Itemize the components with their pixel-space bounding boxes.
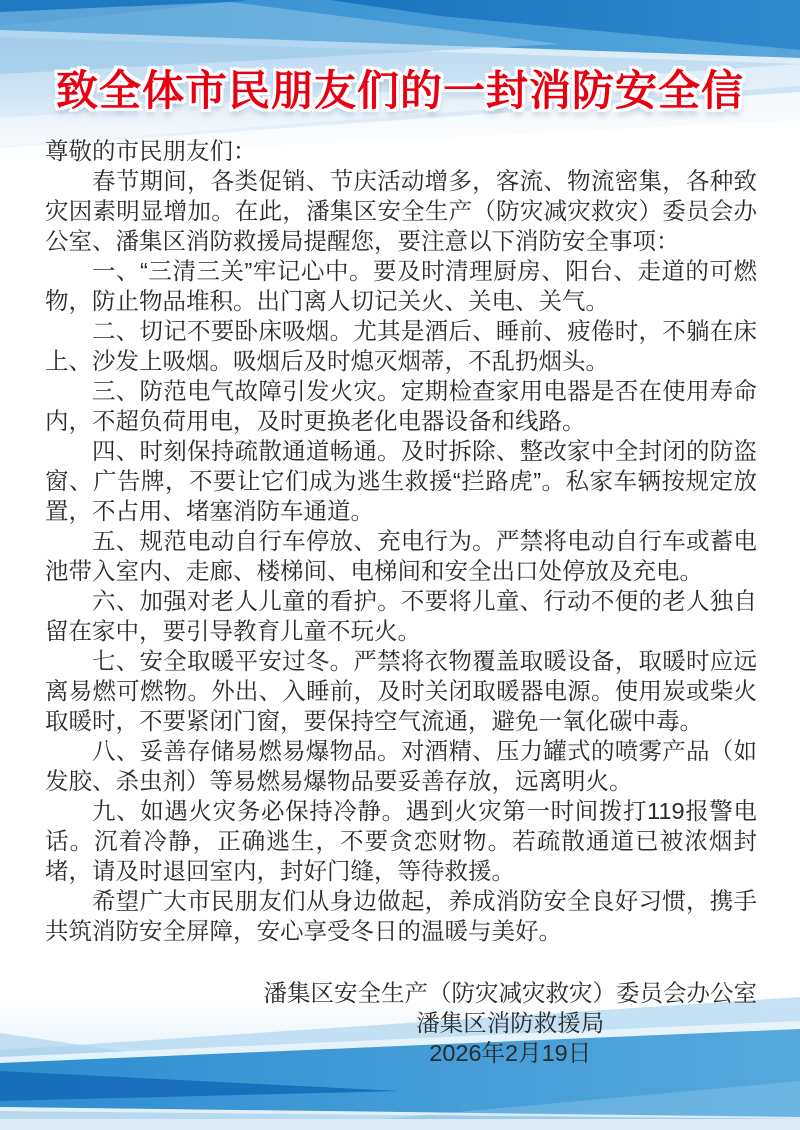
paragraph: 春节期间，各类促销、节庆活动增多，客流、物流密集，各种致灾因素明显增加。在此，潘… xyxy=(45,166,757,256)
paragraph: 六、加强对老人儿童的看护。不要将儿童、行动不便的老人独自留在家中，要引导教育儿童… xyxy=(45,586,757,646)
signature-block: 潘集区安全生产（防灾减灾救灾）委员会办公室 潘集区消防救援局 2026年2月19… xyxy=(264,978,758,1068)
letter-page: 致全体市民朋友们的一封消防安全信 尊敬的市民朋友们： 春节期间，各类促销、节庆活… xyxy=(0,0,800,1130)
paragraph: 三、防范电气故障引发火灾。定期检查家用电器是否在使用寿命内，不超负荷用电，及时更… xyxy=(45,376,757,436)
signature-org1: 潘集区安全生产（防灾减灾救灾）委员会办公室 xyxy=(264,978,758,1008)
paragraph: 二、切记不要卧床吸烟。尤其是酒后、睡前、疲倦时，不躺在床上、沙发上吸烟。吸烟后及… xyxy=(45,316,757,376)
page-title: 致全体市民朋友们的一封消防安全信 xyxy=(0,58,800,118)
paragraph: 九、如遇火灾务必保持冷静。遇到火灾第一时间拨打119报警电话。沉着冷静，正确逃生… xyxy=(45,796,757,886)
signature-date: 2026年2月19日 xyxy=(264,1038,758,1068)
paragraph: 希望广大市民朋友们从身边做起，养成消防安全良好习惯，携手共筑消防安全屏障，安心享… xyxy=(45,886,757,946)
paragraph: 八、妥善存储易燃易爆物品。对酒精、压力罐式的喷雾产品（如发胶、杀虫剂）等易燃易爆… xyxy=(45,736,757,796)
paragraph: 一、“三清三关”牢记心中。要及时清理厨房、阳台、走道的可燃物，防止物品堆积。出门… xyxy=(45,256,757,316)
paragraph: 五、规范电动自行车停放、充电行为。严禁将电动自行车或蓄电池带入室内、走廊、楼梯间… xyxy=(45,526,757,586)
signature-org2: 潘集区消防救援局 xyxy=(264,1008,758,1038)
paragraph: 四、时刻保持疏散通道畅通。及时拆除、整改家中全封闭的防盗窗、广告牌，不要让它们成… xyxy=(45,436,757,526)
letter-body: 尊敬的市民朋友们： 春节期间，各类促销、节庆活动增多，客流、物流密集，各种致灾因… xyxy=(45,136,757,1068)
paragraph: 七、安全取暖平安过冬。严禁将衣物覆盖取暖设备，取暖时应远离易燃可燃物。外出、入睡… xyxy=(45,646,757,736)
greeting-line: 尊敬的市民朋友们： xyxy=(45,136,757,166)
paragraph-list: 春节期间，各类促销、节庆活动增多，客流、物流密集，各种致灾因素明显增加。在此，潘… xyxy=(45,166,757,946)
